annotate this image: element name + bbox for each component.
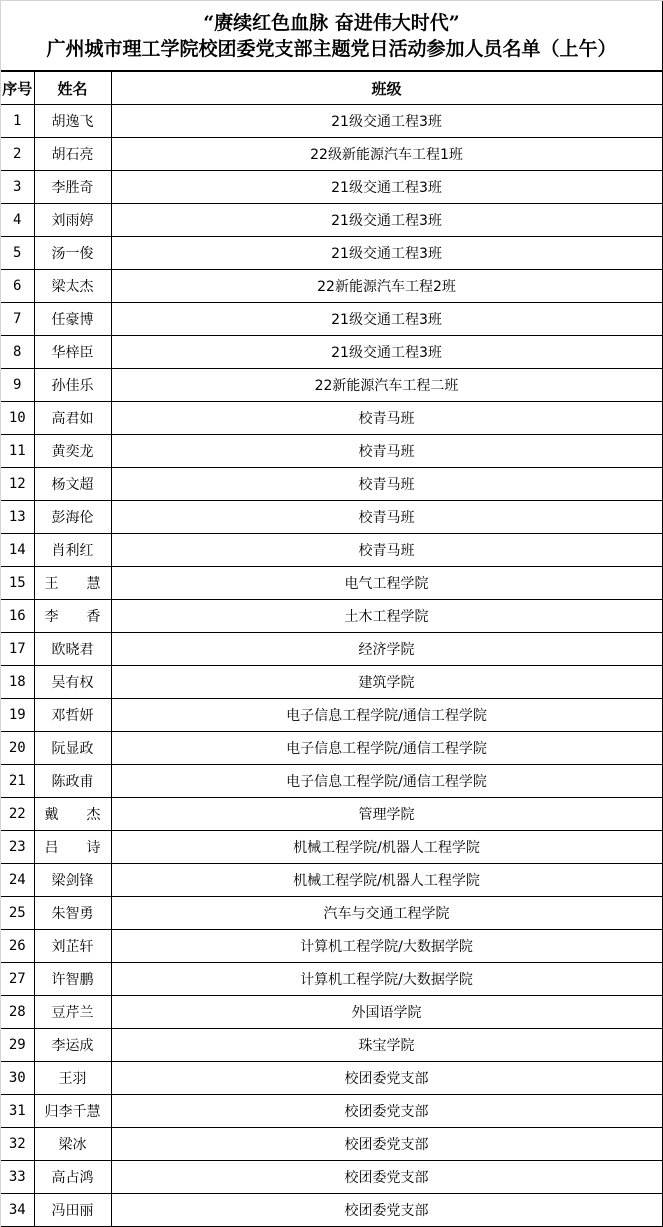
name-cell: 梁冰 [34, 1128, 111, 1161]
name-cell: 刘雨婷 [34, 204, 111, 237]
class-cell: 经济学院 [111, 633, 662, 666]
name-cell: 阮显政 [34, 732, 111, 765]
serial-number-cell: 32 [1, 1128, 34, 1161]
serial-number-cell: 16 [1, 600, 34, 633]
table-row: 18吴有权建筑学院 [1, 666, 662, 699]
serial-number-cell: 17 [1, 633, 34, 666]
class-cell: 电子信息工程学院/通信工程学院 [111, 732, 662, 765]
serial-number-cell: 28 [1, 996, 34, 1029]
table-row: 32梁冰校团委党支部 [1, 1128, 662, 1161]
table-row: 23吕 诗机械工程学院/机器人工程学院 [1, 831, 662, 864]
table-row: 4刘雨婷21级交通工程3班 [1, 204, 662, 237]
table-row: 8华梓臣21级交通工程3班 [1, 336, 662, 369]
serial-number-cell: 4 [1, 204, 34, 237]
name-cell: 吕 诗 [34, 831, 111, 864]
serial-number-cell: 2 [1, 138, 34, 171]
serial-number-cell: 24 [1, 864, 34, 897]
class-cell: 22新能源汽车工程二班 [111, 369, 662, 402]
table-row: 7任豪博21级交通工程3班 [1, 303, 662, 336]
serial-number-cell: 26 [1, 930, 34, 963]
class-cell: 21级交通工程3班 [111, 336, 662, 369]
name-cell: 高占鸿 [34, 1161, 111, 1194]
name-cell: 汤一俊 [34, 237, 111, 270]
table-row: 10高君如校青马班 [1, 402, 662, 435]
class-cell: 外国语学院 [111, 996, 662, 1029]
table-row: 1胡逸飞21级交通工程3班 [1, 105, 662, 138]
serial-number-cell: 10 [1, 402, 34, 435]
name-cell: 吴有权 [34, 666, 111, 699]
participants-table: 序号 姓名 班级 1胡逸飞21级交通工程3班2胡石亮22级新能源汽车工程1班3李… [1, 71, 663, 1227]
serial-number-cell: 29 [1, 1029, 34, 1062]
class-cell: 21级交通工程3班 [111, 171, 662, 204]
name-cell: 杨文超 [34, 468, 111, 501]
class-cell: 计算机工程学院/大数据学院 [111, 963, 662, 996]
table-row: 22戴 杰管理学院 [1, 798, 662, 831]
serial-number-cell: 23 [1, 831, 34, 864]
name-cell: 梁太杰 [34, 270, 111, 303]
serial-number-cell: 34 [1, 1194, 34, 1227]
table-row: 17欧晓君经济学院 [1, 633, 662, 666]
table-row: 27许智鹏计算机工程学院/大数据学院 [1, 963, 662, 996]
serial-number-cell: 7 [1, 303, 34, 336]
name-cell: 华梓臣 [34, 336, 111, 369]
table-row: 25朱智勇汽车与交通工程学院 [1, 897, 662, 930]
name-cell: 许智鹏 [34, 963, 111, 996]
serial-number-cell: 15 [1, 567, 34, 600]
class-cell: 珠宝学院 [111, 1029, 662, 1062]
name-cell: 陈政甫 [34, 765, 111, 798]
table-row: 30王羽校团委党支部 [1, 1062, 662, 1095]
name-cell: 欧晓君 [34, 633, 111, 666]
name-cell: 王羽 [34, 1062, 111, 1095]
table-row: 16李 香土木工程学院 [1, 600, 662, 633]
name-cell: 梁剑锋 [34, 864, 111, 897]
table-row: 12杨文超校青马班 [1, 468, 662, 501]
table-row: 21陈政甫电子信息工程学院/通信工程学院 [1, 765, 662, 798]
name-cell: 朱智勇 [34, 897, 111, 930]
table-row: 9孙佳乐22新能源汽车工程二班 [1, 369, 662, 402]
class-cell: 21级交通工程3班 [111, 105, 662, 138]
table-row: 13彭海伦校青马班 [1, 501, 662, 534]
serial-number-cell: 11 [1, 435, 34, 468]
class-cell: 管理学院 [111, 798, 662, 831]
table-row: 15王 慧电气工程学院 [1, 567, 662, 600]
serial-number-cell: 27 [1, 963, 34, 996]
table-row: 2胡石亮22级新能源汽车工程1班 [1, 138, 662, 171]
serial-number-cell: 30 [1, 1062, 34, 1095]
class-cell: 建筑学院 [111, 666, 662, 699]
name-cell: 胡逸飞 [34, 105, 111, 138]
serial-number-cell: 1 [1, 105, 34, 138]
name-cell: 豆芹兰 [34, 996, 111, 1029]
name-cell: 黄奕龙 [34, 435, 111, 468]
serial-number-cell: 3 [1, 171, 34, 204]
serial-number-cell: 22 [1, 798, 34, 831]
class-cell: 机械工程学院/机器人工程学院 [111, 831, 662, 864]
serial-number-cell: 12 [1, 468, 34, 501]
table-row: 3李胜奇21级交通工程3班 [1, 171, 662, 204]
class-cell: 校团委党支部 [111, 1095, 662, 1128]
header-serial-number: 序号 [1, 72, 34, 105]
table-row: 20阮显政电子信息工程学院/通信工程学院 [1, 732, 662, 765]
name-cell: 归李千慧 [34, 1095, 111, 1128]
name-cell: 李 香 [34, 600, 111, 633]
table-row: 31归李千慧校团委党支部 [1, 1095, 662, 1128]
class-cell: 计算机工程学院/大数据学院 [111, 930, 662, 963]
serial-number-cell: 6 [1, 270, 34, 303]
name-cell: 冯田丽 [34, 1194, 111, 1227]
name-cell: 刘芷轩 [34, 930, 111, 963]
name-cell: 邓哲妍 [34, 699, 111, 732]
class-cell: 21级交通工程3班 [111, 237, 662, 270]
table-row: 33高占鸿校团委党支部 [1, 1161, 662, 1194]
table-row: 19邓哲妍电子信息工程学院/通信工程学院 [1, 699, 662, 732]
table-row: 29李运成珠宝学院 [1, 1029, 662, 1062]
table-row: 34冯田丽校团委党支部 [1, 1194, 662, 1227]
name-cell: 彭海伦 [34, 501, 111, 534]
serial-number-cell: 20 [1, 732, 34, 765]
class-cell: 校青马班 [111, 402, 662, 435]
name-cell: 任豪博 [34, 303, 111, 336]
name-cell: 胡石亮 [34, 138, 111, 171]
class-cell: 21级交通工程3班 [111, 204, 662, 237]
class-cell: 校团委党支部 [111, 1161, 662, 1194]
table-row: 26刘芷轩计算机工程学院/大数据学院 [1, 930, 662, 963]
serial-number-cell: 33 [1, 1161, 34, 1194]
class-cell: 校团委党支部 [111, 1128, 662, 1161]
serial-number-cell: 5 [1, 237, 34, 270]
title-list-name: 广州城市理工学院校团委党支部主题党日活动参加人员名单（上午） [46, 36, 616, 62]
table-row: 14肖利红校青马班 [1, 534, 662, 567]
serial-number-cell: 9 [1, 369, 34, 402]
class-cell: 校青马班 [111, 534, 662, 567]
serial-number-cell: 19 [1, 699, 34, 732]
title-slogan: “赓续红色血脉 奋进伟大时代” [203, 10, 459, 36]
serial-number-cell: 14 [1, 534, 34, 567]
class-cell: 22新能源汽车工程2班 [111, 270, 662, 303]
name-cell: 高君如 [34, 402, 111, 435]
class-cell: 机械工程学院/机器人工程学院 [111, 864, 662, 897]
header-row: 序号 姓名 班级 [1, 72, 662, 105]
table-row: 28豆芹兰外国语学院 [1, 996, 662, 1029]
serial-number-cell: 8 [1, 336, 34, 369]
table-body: 1胡逸飞21级交通工程3班2胡石亮22级新能源汽车工程1班3李胜奇21级交通工程… [1, 105, 662, 1227]
class-cell: 21级交通工程3班 [111, 303, 662, 336]
name-cell: 孙佳乐 [34, 369, 111, 402]
table-row: 11黄奕龙校青马班 [1, 435, 662, 468]
class-cell: 校青马班 [111, 435, 662, 468]
spreadsheet-document: “赓续红色血脉 奋进伟大时代” 广州城市理工学院校团委党支部主题党日活动参加人员… [0, 0, 663, 1227]
class-cell: 电子信息工程学院/通信工程学院 [111, 699, 662, 732]
name-cell: 李运成 [34, 1029, 111, 1062]
class-cell: 校团委党支部 [111, 1062, 662, 1095]
table-row: 5汤一俊21级交通工程3班 [1, 237, 662, 270]
class-cell: 汽车与交通工程学院 [111, 897, 662, 930]
class-cell: 电气工程学院 [111, 567, 662, 600]
class-cell: 电子信息工程学院/通信工程学院 [111, 765, 662, 798]
name-cell: 王 慧 [34, 567, 111, 600]
class-cell: 土木工程学院 [111, 600, 662, 633]
serial-number-cell: 31 [1, 1095, 34, 1128]
class-cell: 22级新能源汽车工程1班 [111, 138, 662, 171]
class-cell: 校青马班 [111, 501, 662, 534]
table-row: 24梁剑锋机械工程学院/机器人工程学院 [1, 864, 662, 897]
class-cell: 校青马班 [111, 468, 662, 501]
serial-number-cell: 13 [1, 501, 34, 534]
serial-number-cell: 25 [1, 897, 34, 930]
document-title: “赓续红色血脉 奋进伟大时代” 广州城市理工学院校团委党支部主题党日活动参加人员… [1, 1, 663, 71]
serial-number-cell: 21 [1, 765, 34, 798]
header-name: 姓名 [34, 72, 111, 105]
header-class: 班级 [111, 72, 662, 105]
table-row: 6梁太杰22新能源汽车工程2班 [1, 270, 662, 303]
name-cell: 肖利红 [34, 534, 111, 567]
class-cell: 校团委党支部 [111, 1194, 662, 1227]
serial-number-cell: 18 [1, 666, 34, 699]
name-cell: 戴 杰 [34, 798, 111, 831]
name-cell: 李胜奇 [34, 171, 111, 204]
